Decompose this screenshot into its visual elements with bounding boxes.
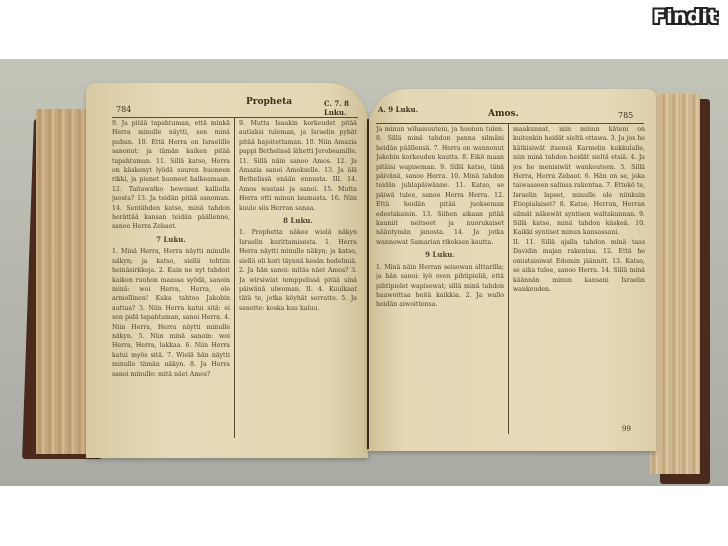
text-block: maakunnat, niin minun käteni on kuitenki… — [513, 125, 645, 238]
text-block: 9. Mutta Isaakin korkeudet pitää autiaks… — [239, 119, 357, 213]
right-page: A. 9 Luku. Amos. 785 Ja minun wihaisuute… — [368, 89, 656, 451]
findit-logo: Findit — [653, 6, 718, 28]
right-running-title: Amos. — [488, 109, 519, 119]
text-block: 1. Prophetta näkee wielä näkyn Israelin … — [239, 228, 357, 313]
page-edges-right — [650, 94, 700, 474]
right-page-column-1: Ja minun wihaisuuteni, ja huonon tulen. … — [376, 125, 504, 443]
chapter-heading: 9 Luku. — [376, 250, 504, 259]
left-running-title: Propheta — [246, 97, 292, 107]
left-chapter-ref: C. 7. 8 Luku. — [324, 99, 368, 117]
right-page-number: 785 — [618, 111, 633, 120]
left-page-number: 784 — [116, 105, 131, 114]
text-block: 1. Minä Herra, Herra näytti minulle näky… — [112, 247, 230, 379]
text-block: 9. Ja pitää tapahtuman, että minkä Herra… — [112, 119, 230, 232]
book-gutter — [367, 119, 369, 449]
left-page-column-2: 9. Mutta Isaakin korkeudet pitää autiaks… — [239, 119, 357, 449]
chapter-heading: 8 Luku. — [239, 216, 357, 225]
right-page-column-2: maakunnat, niin minun käteni on kuitenki… — [513, 125, 645, 425]
text-block: Ja minun wihaisuuteni, ja huonon tulen. … — [376, 125, 504, 247]
right-chapter-ref: A. 9 Luku. — [378, 105, 418, 114]
book-photo: 784 Propheta C. 7. 8 Luku. 9. Ja pitää t… — [0, 59, 728, 486]
left-page: 784 Propheta C. 7. 8 Luku. 9. Ja pitää t… — [86, 83, 368, 458]
chapter-heading: 7 Luku. — [112, 235, 230, 244]
text-block: II. 11. Sillä ajalla tahdon minä taas Da… — [513, 238, 645, 294]
left-page-column-1: 9. Ja pitää tapahtuman, että minkä Herra… — [112, 119, 230, 449]
text-block: 1. Minä näin Herran seisowan alttarilla;… — [376, 263, 504, 310]
signature-mark: 99 — [622, 425, 631, 433]
